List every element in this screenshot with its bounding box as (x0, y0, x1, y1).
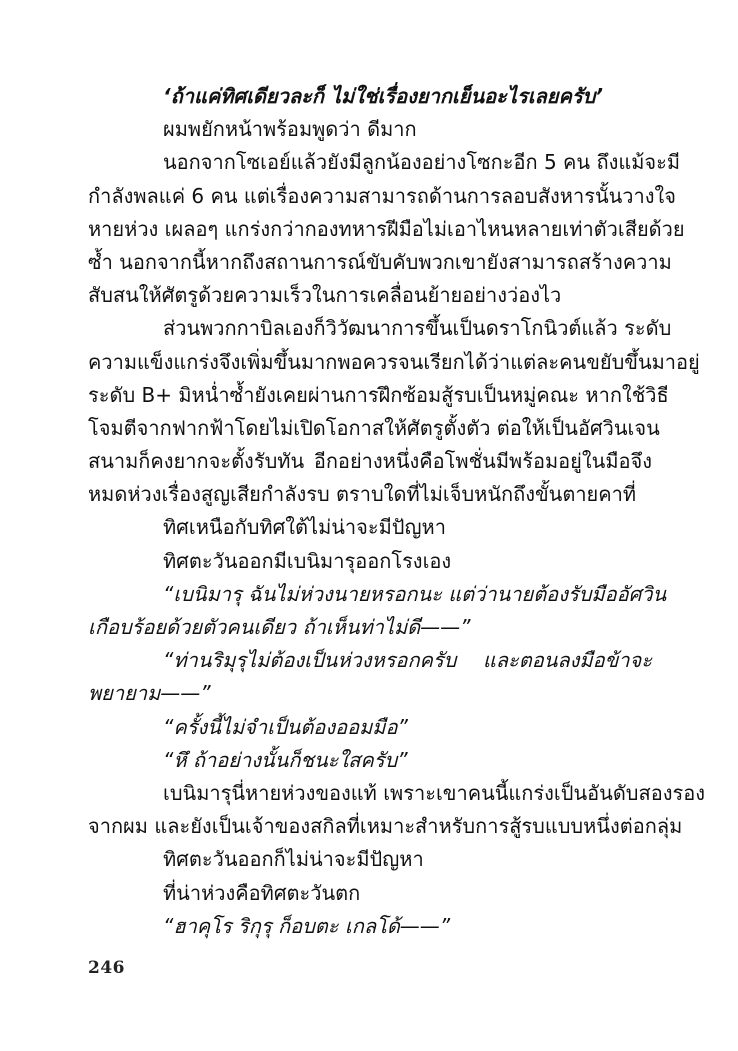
text-line: กำลังพลแค่ 6 คน แต่เรื่องความสามารถด้านก… (88, 180, 652, 213)
text-line: ทิศตะวันออกก็ไม่น่าจะมีปัญหา (88, 843, 652, 876)
text-line: “ฮาคุโร ริกุรุ ก็อบตะ เกลโด้——” (88, 910, 652, 943)
text-line: ซ้ำ นอกจากนี้หากถึงสถานการณ์ขับคับพวกเขา… (88, 246, 652, 279)
text-line: นอกจากโซเอย์แล้วยังมีลูกน้องอย่างโซกะอีก… (88, 146, 652, 179)
text-line: เบนิมารุนี่หายห่วงของแท้ เพราะเขาคนนี้แก… (88, 777, 652, 810)
book-page: ‘ถ้าแค่ทิศเดียวละก็ ไม่ใช่เรื่องยากเย็นอ… (0, 0, 738, 1051)
text-line: ผมพยักหน้าพร้อมพูดว่า ดีมาก (88, 113, 652, 146)
text-line: สับสนให้ศัตรูด้วยความเร็วในการเคลื่อนย้า… (88, 279, 652, 312)
text-line: หมดห่วงเรื่องสูญเสียกำลังรบ ตราบใดที่ไม่… (88, 478, 652, 511)
text-line: ทิศตะวันออกมีเบนิมารุออกโรงเอง (88, 545, 652, 578)
text-line: ระดับ B+ มิหน่ำซ้ำยังเคยผ่านการฝึกซ้อมสู… (88, 379, 652, 412)
page-number: 246 (88, 958, 125, 978)
text-line: ความแข็งแกร่งจึงเพิ่มขึ้นมากพอควรจนเรียก… (88, 346, 652, 379)
text-line: “หึ ถ้าอย่างนั้นก็ชนะใสครับ” (88, 744, 652, 777)
text-line: ‘ถ้าแค่ทิศเดียวละก็ ไม่ใช่เรื่องยากเย็นอ… (88, 80, 652, 113)
text-line: โจมตีจากฟากฟ้าโดยไม่เปิดโอกาสให้ศัตรูตั้… (88, 412, 652, 445)
text-line: จากผม และยังเป็นเจ้าของสกิลที่เหมาะสำหรั… (88, 810, 652, 843)
text-line: ที่น่าห่วงคือทิศตะวันตก (88, 877, 652, 910)
text-line: หายห่วง เผลอๆ แกร่งกว่ากองทหารฝีมือไม่เอ… (88, 213, 652, 246)
text-line: พยายาม——” (88, 677, 652, 710)
text-line: “ครั้งนี้ไม่จำเป็นต้องออมมือ” (88, 711, 652, 744)
text-line: ส่วนพวกกาบิลเองก็วิวัฒนาการขึ้นเป็นดราโก… (88, 312, 652, 345)
text-line: ทิศเหนือกับทิศใต้ไม่น่าจะมีปัญหา (88, 511, 652, 544)
body-text: ‘ถ้าแค่ทิศเดียวละก็ ไม่ใช่เรื่องยากเย็นอ… (88, 80, 652, 943)
text-line: “เบนิมารุ ฉันไม่ห่วงนายหรอกนะ แต่ว่านายต… (88, 578, 652, 611)
text-line: “ท่านริมุรุไม่ต้องเป็นห่วงหรอกครับ และตอ… (88, 644, 652, 677)
text-line: สนามก็คงยากจะตั้งรับทัน อีกอย่างหนึ่งคือ… (88, 445, 652, 478)
text-line: เกือบร้อยด้วยตัวคนเดียว ถ้าเห็นท่าไม่ดี—… (88, 611, 652, 644)
